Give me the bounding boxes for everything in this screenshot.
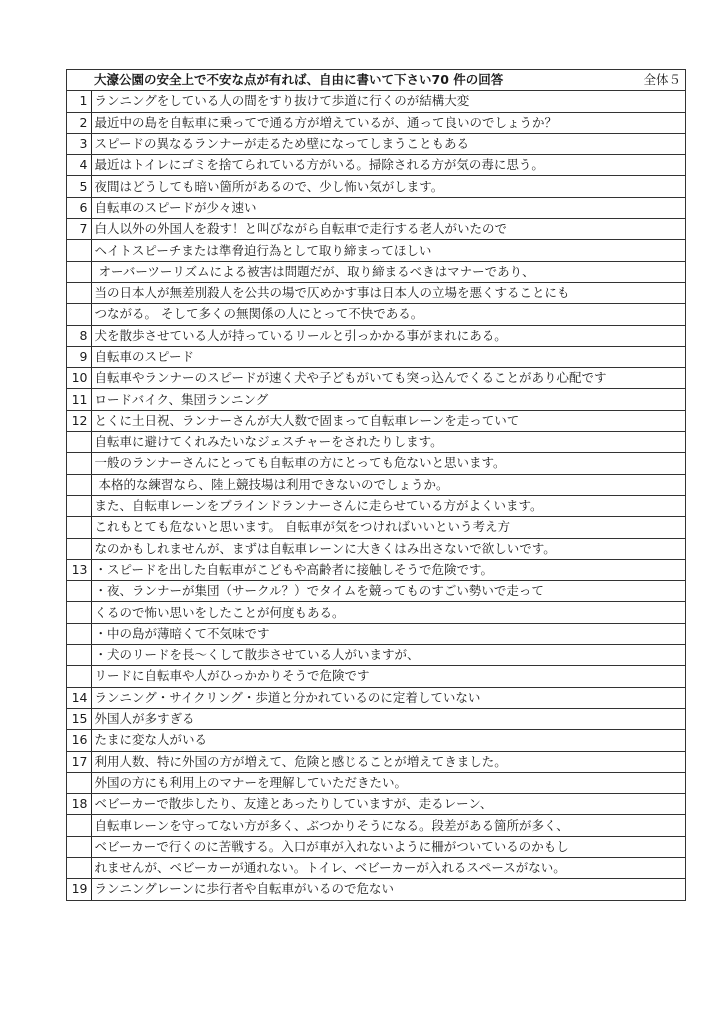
table-row: 13・スピードを出した自転車がこどもや高齢者に接触しそうで危険です。 <box>67 559 686 580</box>
response-number <box>67 623 92 644</box>
response-number: 11 <box>67 389 92 410</box>
page-label: 全体５ <box>643 70 681 90</box>
response-text: 外国人が多すぎる <box>91 708 686 729</box>
response-text: 当の日本人が無差別殺人を公共の場で仄めかす事は日本人の立場を悪くすることにも <box>91 282 686 303</box>
response-text: 夜間はどうしても暗い箇所があるので、少し怖い気がします。 <box>91 176 686 197</box>
response-number <box>67 453 92 474</box>
response-number <box>67 772 92 793</box>
table-row: 7白人以外の外国人を殺す！と叫びながら自転車で走行する老人がいたので <box>67 219 686 240</box>
response-text: ランニングをしている人の間をすり抜けて歩道に行くのが結構大変 <box>91 91 686 112</box>
response-text: 最近はトイレにゴミを捨てられている方がいる。掃除される方が気の毒に思う。 <box>91 155 686 176</box>
table-row: れませんが、ベビーカーが通れない。トイレ、ベビーカーが入れるスペースがない。 <box>67 857 686 878</box>
response-number: 15 <box>67 708 92 729</box>
table-row: ・夜、ランナーが集団（サークル？）でタイムを競ってものすごい勢いで走って <box>67 581 686 602</box>
table-row: また、自転車レーンをブラインドランナーさんに走らせている方がよくいます。 <box>67 495 686 516</box>
table-row: 10自転車やランナーのスピードが速く犬や子どもがいても突っ込んでくることがあり心… <box>67 368 686 389</box>
table-row: 本格的な練習なら、陸上競技場は利用できないのでしょうか。 <box>67 474 686 495</box>
response-text: 一般のランナーさんにとっても自転車の方にとっても危ないと思います。 <box>91 453 686 474</box>
response-number <box>67 645 92 666</box>
response-number: 17 <box>67 751 92 772</box>
response-number <box>67 474 92 495</box>
response-text: くるので怖い思いをしたことが何度もある。 <box>91 602 686 623</box>
response-number: 12 <box>67 410 92 431</box>
response-number: 2 <box>67 112 92 133</box>
response-text: また、自転車レーンをブラインドランナーさんに走らせている方がよくいます。 <box>91 495 686 516</box>
response-number: 10 <box>67 368 92 389</box>
table-row: 17利用人数、特に外国の方が増えて、危険と感じることが増えてきました。 <box>67 751 686 772</box>
response-text: スピードの異なるランナーが走るため壁になってしまうこともある <box>91 133 686 154</box>
response-text: ロードバイク、集団ランニング <box>91 389 686 410</box>
table-row: 14ランニング・サイクリング・歩道と分かれているのに定着していない <box>67 687 686 708</box>
response-text: ランニングレーンに歩行者や自転車がいるので危ない <box>91 879 686 900</box>
response-number <box>67 538 92 559</box>
table-row: ・中の島が薄暗くて不気味です <box>67 623 686 644</box>
response-number <box>67 815 92 836</box>
response-text: とくに土日祝、ランナーさんが大人数で固まって自転車レーンを走っていて <box>91 410 686 431</box>
response-number <box>67 666 92 687</box>
response-number: 9 <box>67 346 92 367</box>
response-number: 18 <box>67 794 92 815</box>
table-row: つながる。 そして多くの無関係の人にとって不快である。 <box>67 304 686 325</box>
table-row: 一般のランナーさんにとっても自転車の方にとっても危ないと思います。 <box>67 453 686 474</box>
response-number: 7 <box>67 219 92 240</box>
response-number <box>67 240 92 261</box>
response-text: 自転車やランナーのスピードが速く犬や子どもがいても突っ込んでくることがあり心配で… <box>91 368 686 389</box>
response-text: ヘイトスピーチまたは準脅迫行為として取り締まってほしい <box>91 240 686 261</box>
table-header-row: 大濠公園の安全上で不安な点が有れば、自由に書いて下さい70 件の回答 全体５ <box>67 70 686 91</box>
table-row: 6自転車のスピードが少々速い <box>67 197 686 218</box>
survey-responses-table: 大濠公園の安全上で不安な点が有れば、自由に書いて下さい70 件の回答 全体５ 1… <box>66 69 686 901</box>
table-row: 外国の方にも利用上のマナーを理解していただきたい。 <box>67 772 686 793</box>
table-row: くるので怖い思いをしたことが何度もある。 <box>67 602 686 623</box>
table-row: 自転車レーンを守ってない方が多く、ぶつかりそうになる。段差がある箇所が多く、 <box>67 815 686 836</box>
response-number: 3 <box>67 133 92 154</box>
response-text: 自転車のスピード <box>91 346 686 367</box>
response-text: なのかもしれませんが、まずは自転車レーンに大きくはみ出さないで欲しいです。 <box>91 538 686 559</box>
table-row: オーバーツーリズムによる被害は問題だが、取り締まるべきはマナーであり、 <box>67 261 686 282</box>
response-text: リードに自転車や人がひっかかりそうで危険です <box>91 666 686 687</box>
table-row: 自転車に避けてくれみたいなジェスチャーをされたりします。 <box>67 432 686 453</box>
table-row: 12とくに土日祝、ランナーさんが大人数で固まって自転車レーンを走っていて <box>67 410 686 431</box>
table-row: 当の日本人が無差別殺人を公共の場で仄めかす事は日本人の立場を悪くすることにも <box>67 282 686 303</box>
response-number: 8 <box>67 325 92 346</box>
response-text: 自転車レーンを守ってない方が多く、ぶつかりそうになる。段差がある箇所が多く、 <box>91 815 686 836</box>
response-number: 1 <box>67 91 92 112</box>
table-row: 5夜間はどうしても暗い箇所があるので、少し怖い気がします。 <box>67 176 686 197</box>
response-text: ランニング・サイクリング・歩道と分かれているのに定着していない <box>91 687 686 708</box>
response-text: れませんが、ベビーカーが通れない。トイレ、ベビーカーが入れるスペースがない。 <box>91 857 686 878</box>
response-text: ・夜、ランナーが集団（サークル？）でタイムを競ってものすごい勢いで走って <box>91 581 686 602</box>
table-row: 19ランニングレーンに歩行者や自転車がいるので危ない <box>67 879 686 900</box>
survey-question-title: 大濠公園の安全上で不安な点が有れば、自由に書いて下さい70 件の回答 <box>94 72 503 87</box>
response-number: 13 <box>67 559 92 580</box>
table-row: これもとても危ないと思います。 自転車が気をつければいいという考え方 <box>67 517 686 538</box>
response-text: 自転車のスピードが少々速い <box>91 197 686 218</box>
table-row: ヘイトスピーチまたは準脅迫行為として取り締まってほしい <box>67 240 686 261</box>
response-number: 19 <box>67 879 92 900</box>
response-number: 4 <box>67 155 92 176</box>
table-row: リードに自転車や人がひっかかりそうで危険です <box>67 666 686 687</box>
response-number <box>67 304 92 325</box>
response-number <box>67 432 92 453</box>
response-text: これもとても危ないと思います。 自転車が気をつければいいという考え方 <box>91 517 686 538</box>
response-text: 本格的な練習なら、陸上競技場は利用できないのでしょうか。 <box>91 474 686 495</box>
response-text: 外国の方にも利用上のマナーを理解していただきたい。 <box>91 772 686 793</box>
response-number <box>67 261 92 282</box>
response-text: オーバーツーリズムによる被害は問題だが、取り締まるべきはマナーであり、 <box>91 261 686 282</box>
table-row: 16たまに変な人がいる <box>67 730 686 751</box>
response-text: ベビーカーで散歩したり、友達とあったりしていますが、走るレーン、 <box>91 794 686 815</box>
table-row: なのかもしれませんが、まずは自転車レーンに大きくはみ出さないで欲しいです。 <box>67 538 686 559</box>
response-number <box>67 836 92 857</box>
response-number: 5 <box>67 176 92 197</box>
table-row: ベビーカーで行くのに苦戦する。入口が車が入れないように柵がついているのかもし <box>67 836 686 857</box>
response-text: ベビーカーで行くのに苦戦する。入口が車が入れないように柵がついているのかもし <box>91 836 686 857</box>
response-number: 14 <box>67 687 92 708</box>
response-number <box>67 581 92 602</box>
response-text: 最近中の島を自転車に乗ってで通る方が増えているが、通って良いのでしょうか？ <box>91 112 686 133</box>
response-text: ・スピードを出した自転車がこどもや高齢者に接触しそうで危険です。 <box>91 559 686 580</box>
response-number <box>67 857 92 878</box>
response-number <box>67 517 92 538</box>
response-text: つながる。 そして多くの無関係の人にとって不快である。 <box>91 304 686 325</box>
table-row: 15外国人が多すぎる <box>67 708 686 729</box>
table-row: ・犬のリードを長〜くして散歩させている人がいますが、 <box>67 645 686 666</box>
response-number <box>67 602 92 623</box>
response-text: 白人以外の外国人を殺す！と叫びながら自転車で走行する老人がいたので <box>91 219 686 240</box>
table-row: 18ベビーカーで散歩したり、友達とあったりしていますが、走るレーン、 <box>67 794 686 815</box>
table-row: 11ロードバイク、集団ランニング <box>67 389 686 410</box>
header-num-cell <box>67 70 92 91</box>
response-number: 6 <box>67 197 92 218</box>
response-number: 16 <box>67 730 92 751</box>
response-text: ・犬のリードを長〜くして散歩させている人がいますが、 <box>91 645 686 666</box>
response-text: たまに変な人がいる <box>91 730 686 751</box>
response-text: ・中の島が薄暗くて不気味です <box>91 623 686 644</box>
table-row: 4最近はトイレにゴミを捨てられている方がいる。掃除される方が気の毒に思う。 <box>67 155 686 176</box>
table-row: 3スピードの異なるランナーが走るため壁になってしまうこともある <box>67 133 686 154</box>
response-text: 犬を散歩させている人が持っているリールと引っかかる事がまれにある。 <box>91 325 686 346</box>
table-row: 9自転車のスピード <box>67 346 686 367</box>
table-row: 8犬を散歩させている人が持っているリールと引っかかる事がまれにある。 <box>67 325 686 346</box>
table-row: 2最近中の島を自転車に乗ってで通る方が増えているが、通って良いのでしょうか？ <box>67 112 686 133</box>
response-number <box>67 495 92 516</box>
table-row: 1ランニングをしている人の間をすり抜けて歩道に行くのが結構大変 <box>67 91 686 112</box>
response-number <box>67 282 92 303</box>
header-title-cell: 大濠公園の安全上で不安な点が有れば、自由に書いて下さい70 件の回答 全体５ <box>91 70 686 91</box>
response-text: 利用人数、特に外国の方が増えて、危険と感じることが増えてきました。 <box>91 751 686 772</box>
response-text: 自転車に避けてくれみたいなジェスチャーをされたりします。 <box>91 432 686 453</box>
